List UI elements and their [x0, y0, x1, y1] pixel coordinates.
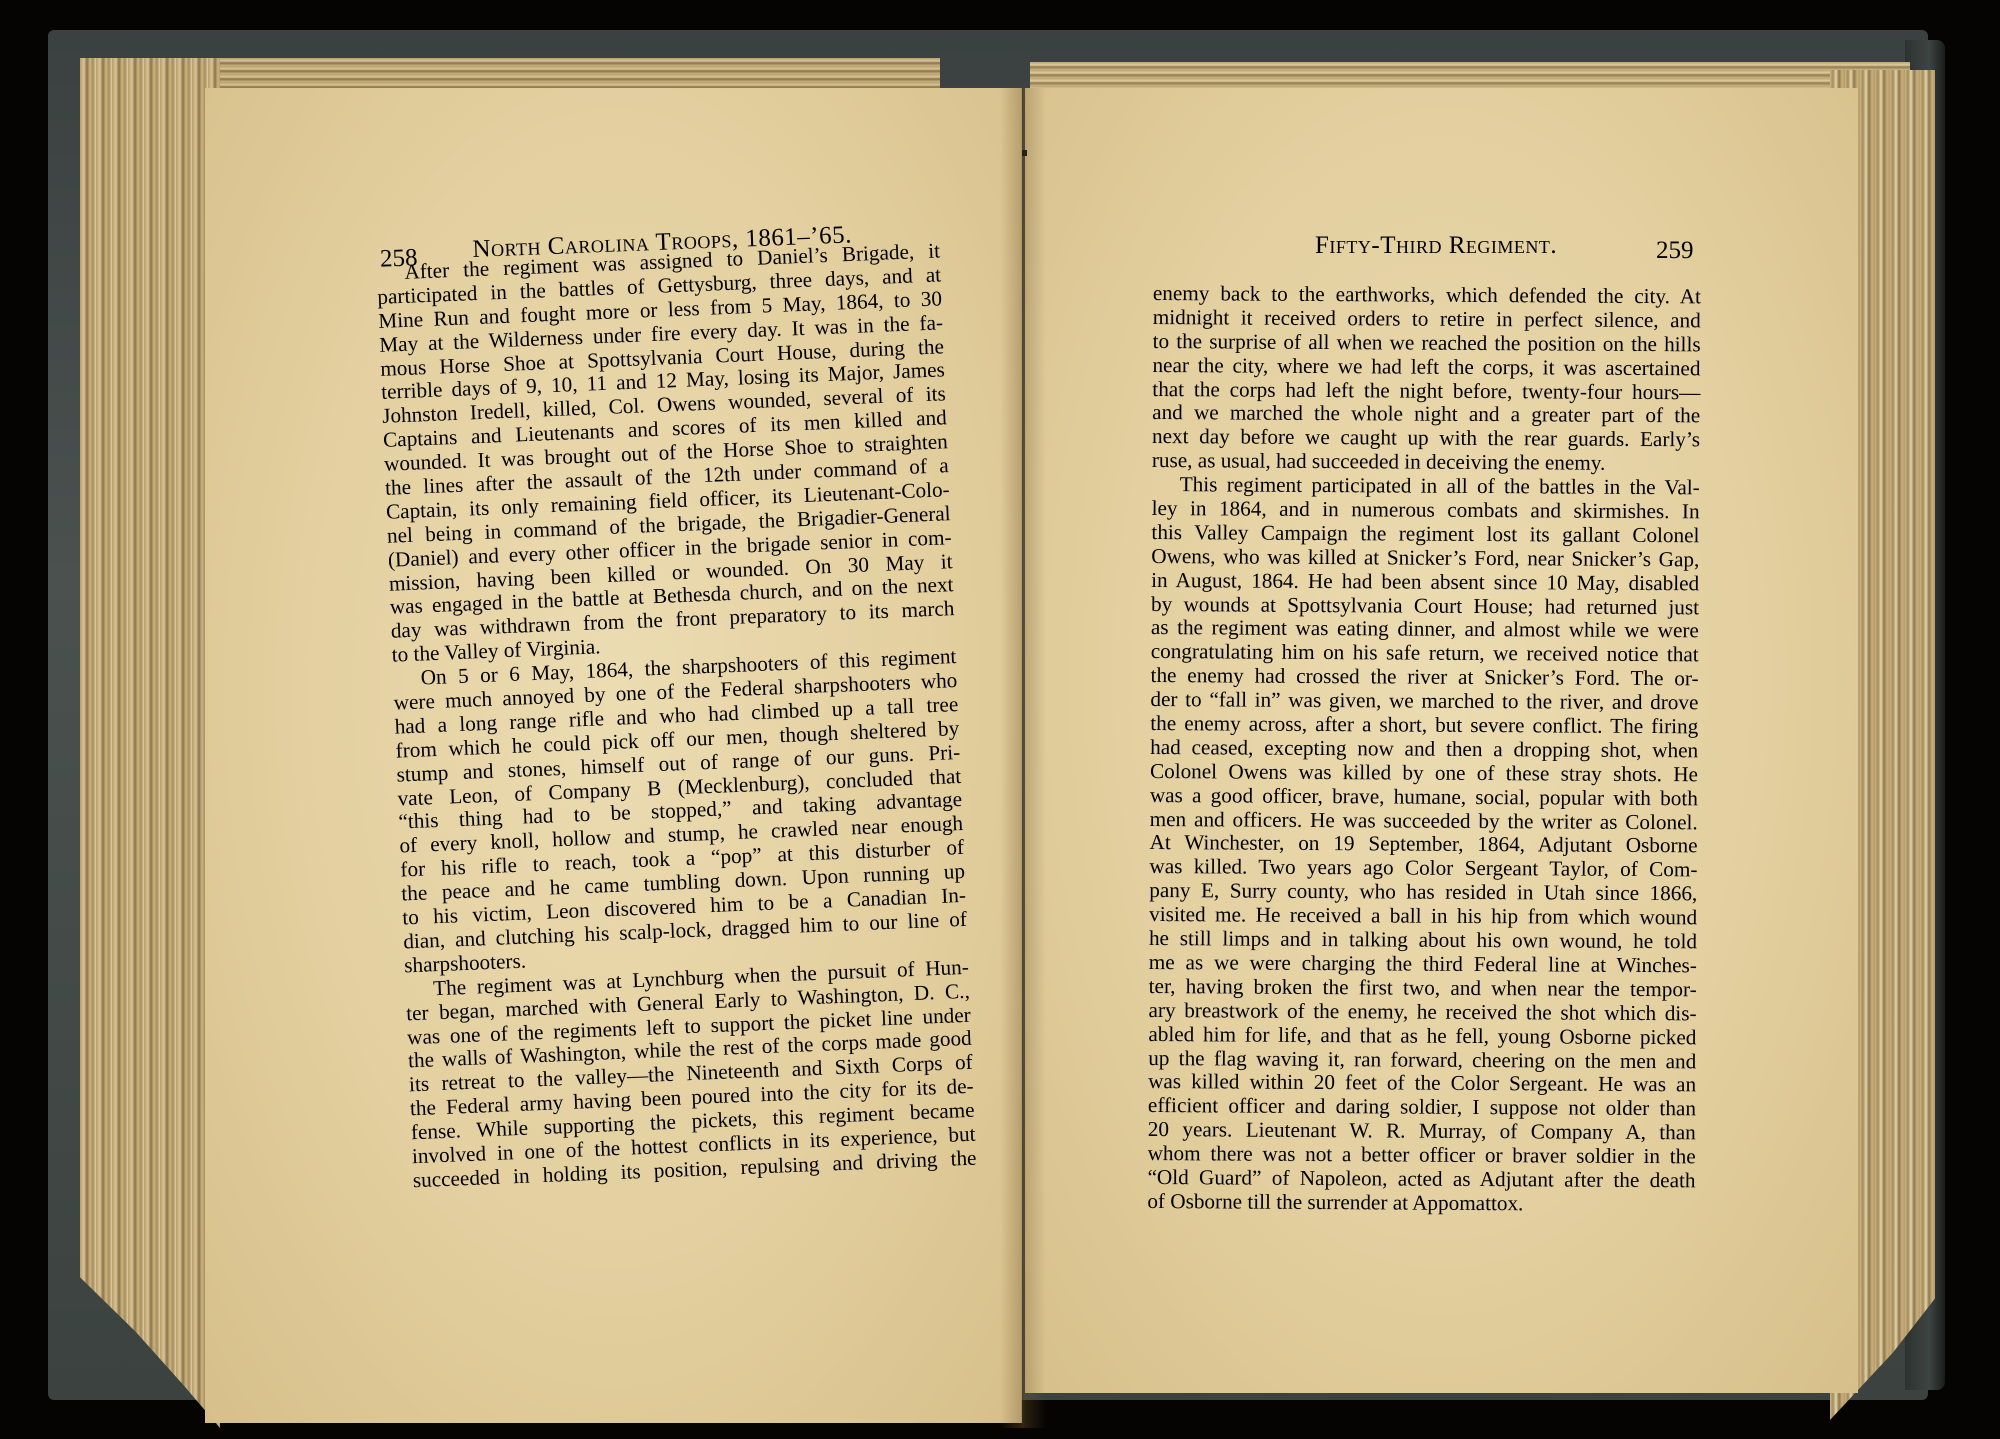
book-gutter — [1000, 88, 1046, 1428]
right-page-number: 259 — [1656, 237, 1694, 265]
right-running-head: Fifty-Third Regiment. — [1315, 232, 1557, 260]
page-edges-top-right — [1030, 62, 1910, 90]
right-running-head-text: Fifty-Third Regiment. — [1315, 232, 1557, 259]
right-page-body: enemy back to the earthworks, which defe… — [1147, 282, 1701, 1217]
page-edges-left — [80, 58, 220, 1428]
text-line: of Osborne till the surrender at Appomat… — [1147, 1190, 1695, 1217]
spine-mark — [1022, 150, 1027, 156]
left-page-body: After the regiment was assigned to Danie… — [376, 239, 977, 1193]
